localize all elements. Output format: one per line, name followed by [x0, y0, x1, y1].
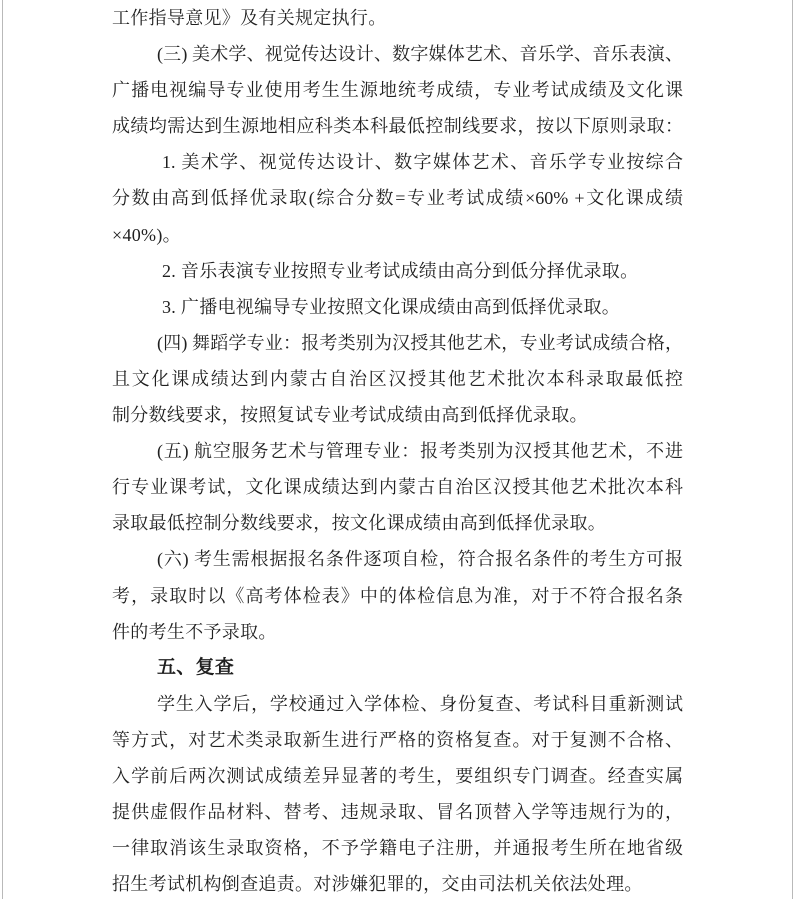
text-line: 入学前后两次测试成绩差异显著的考生，要组织专门调查。经查实属 — [112, 758, 683, 794]
text-line: 件的考生不予录取。 — [112, 614, 683, 650]
text-line: 广播电视编导专业使用考生生源地统考成绩，专业考试成绩及文化课 — [112, 72, 683, 108]
text-line: 行专业课考试，文化课成绩达到内蒙古自治区汉授其他艺术批次本科 — [112, 469, 683, 505]
text-line: (三) 美术学、视觉传达设计、数字媒体艺术、音乐学、音乐表演、 — [112, 36, 683, 72]
text-line: 考，录取时以《高考体检表》中的体检信息为准，对于不符合报名条 — [112, 578, 683, 614]
text-line: 3. 广播电视编导专业按照文化课成绩由高到低择优录取。 — [112, 289, 683, 325]
text-line: 工作指导意见》及有关规定执行。 — [112, 0, 683, 36]
text-line: 招生考试机构倒查追责。对涉嫌犯罪的，交由司法机关依法处理。 — [112, 866, 683, 899]
text-line: 一律取消该生录取资格，不予学籍电子注册，并通报考生所在地省级 — [112, 830, 683, 866]
text-line: 分数由高到低择优录取(综合分数=专业考试成绩×60% +文化课成绩 — [112, 180, 683, 216]
text-line: ×40%)。 — [112, 217, 683, 253]
text-line: 录取最低控制分数线要求，按文化课成绩由高到低择优录取。 — [112, 505, 683, 541]
text-line: (五) 航空服务艺术与管理专业：报考类别为汉授其他艺术，不进 — [112, 433, 683, 469]
text-line: (六) 考生需根据报名条件逐项自检，符合报名条件的考生方可报 — [112, 541, 683, 577]
text-line: 2. 音乐表演专业按照专业考试成绩由高分到低分择优录取。 — [112, 253, 683, 289]
text-line: 1. 美术学、视觉传达设计、数字媒体艺术、音乐学专业按综合 — [112, 144, 683, 180]
document-page: 工作指导意见》及有关规定执行。 (三) 美术学、视觉传达设计、数字媒体艺术、音乐… — [0, 0, 796, 899]
text-line: 成绩均需达到生源地相应科类本科最低控制线要求，按以下原则录取： — [112, 108, 683, 144]
section-heading: 五、复查 — [112, 650, 683, 686]
text-line: 提供虚假作品材料、替考、违规录取、冒名顶替入学等违规行为的， — [112, 794, 683, 830]
text-line: (四) 舞蹈学专业：报考类别为汉授其他艺术，专业考试成绩合格， — [112, 325, 683, 361]
text-line: 且文化课成绩达到内蒙古自治区汉授其他艺术批次本科录取最低控 — [112, 361, 683, 397]
text-line: 制分数线要求，按照复试专业考试成绩由高到低择优录取。 — [112, 397, 683, 433]
text-line: 学生入学后，学校通过入学体检、身份复查、考试科目重新测试 — [112, 686, 683, 722]
document-text-block: 工作指导意见》及有关规定执行。 (三) 美术学、视觉传达设计、数字媒体艺术、音乐… — [112, 0, 683, 899]
text-line: 等方式，对艺术类录取新生进行严格的资格复查。对于复测不合格、 — [112, 722, 683, 758]
